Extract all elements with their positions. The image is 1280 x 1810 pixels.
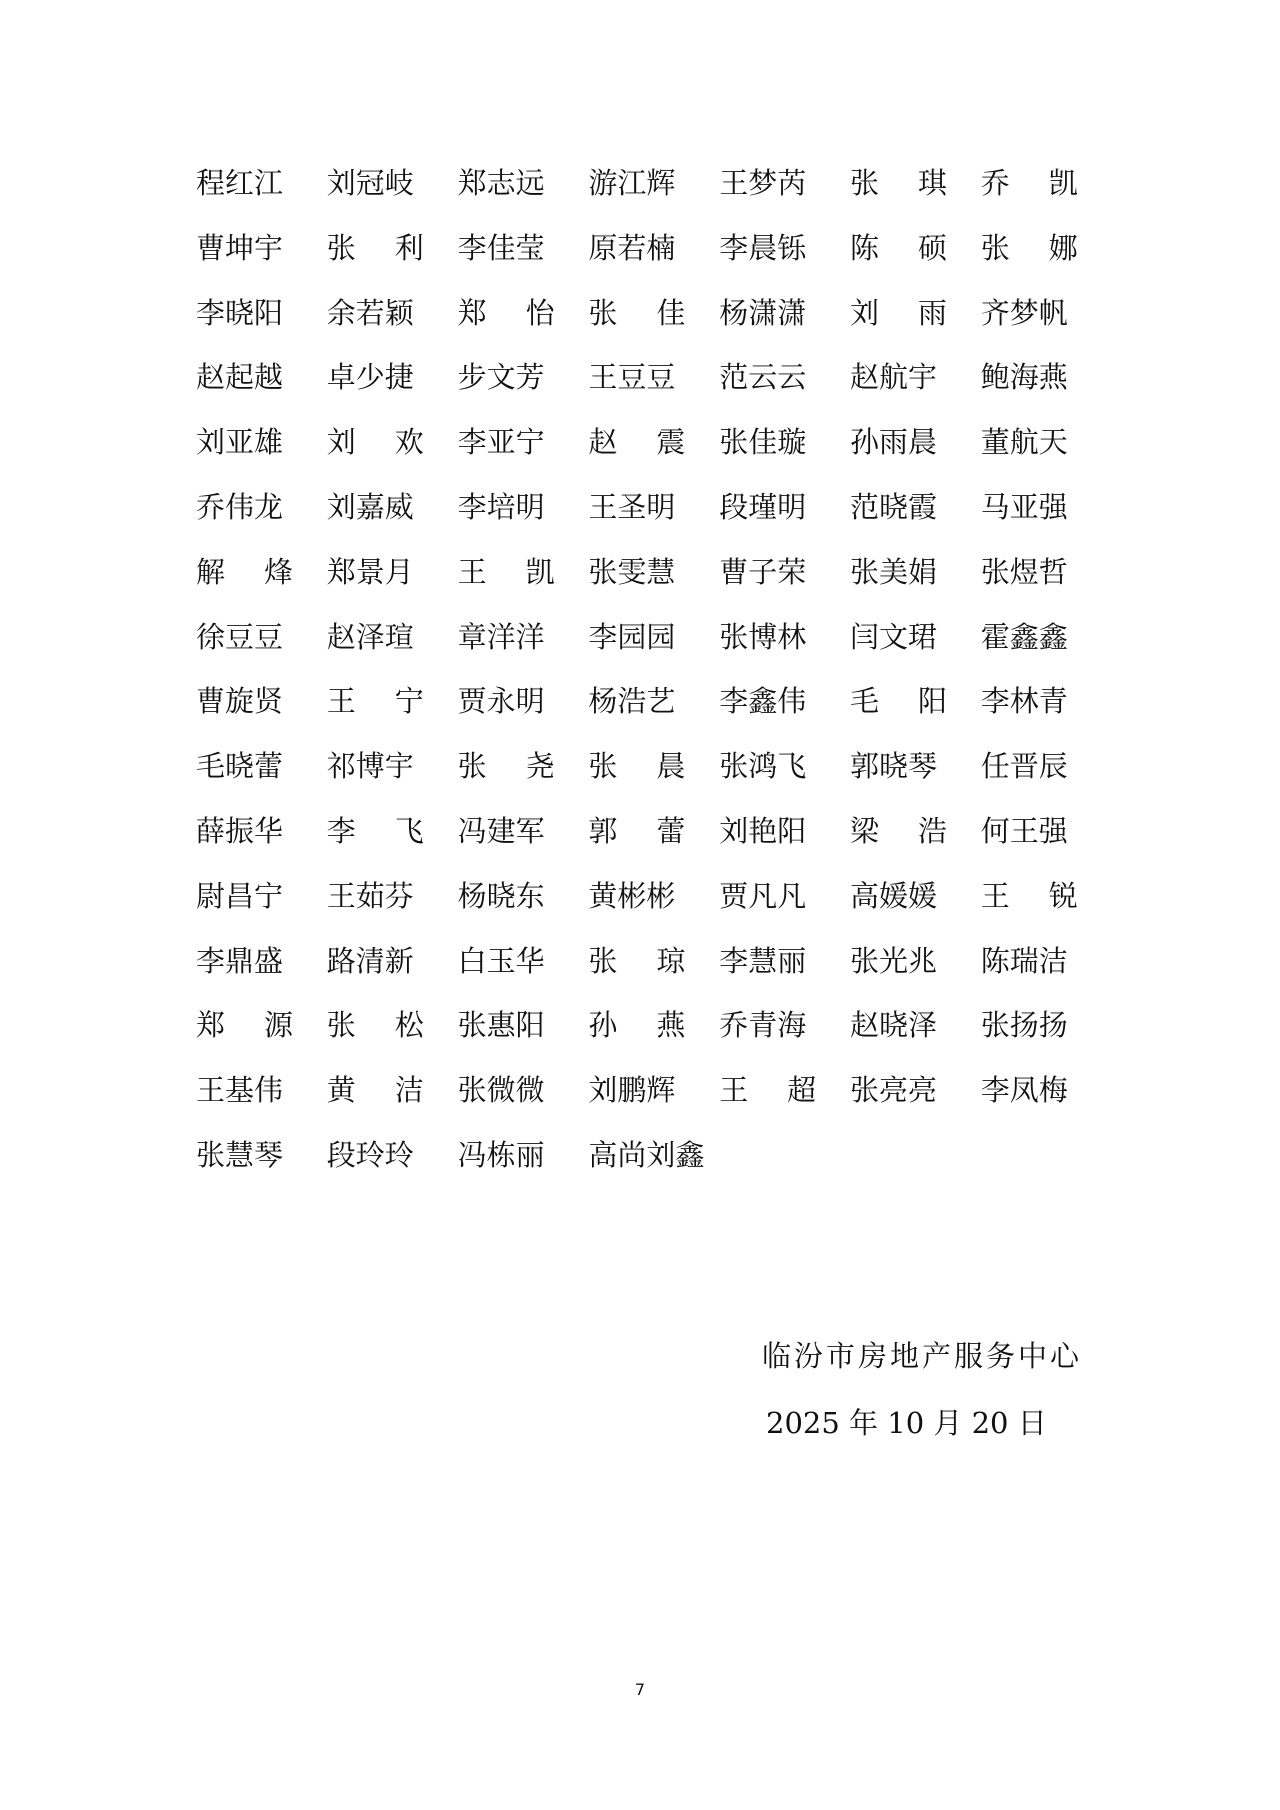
name-text: 刘嘉威	[327, 488, 424, 526]
name-entry: 原若楠	[588, 229, 719, 267]
name-text: 王凯	[458, 553, 555, 591]
name-entry: 李培明	[458, 488, 589, 526]
name-entry: 张雯慧	[588, 553, 719, 591]
name-entry: 孙燕	[588, 1006, 719, 1044]
name-entry: 曹坤宇	[196, 229, 327, 267]
name-text: 步文芳	[458, 358, 555, 396]
name-text: 赵晓泽	[850, 1006, 947, 1044]
name-entry: 王宁	[327, 682, 458, 720]
name-entry: 张煜哲	[981, 553, 1112, 591]
name-entry: 王基伟	[196, 1071, 327, 1109]
name-text: 郑景月	[327, 553, 424, 591]
name-text: 贾凡凡	[719, 877, 816, 915]
name-text: 乔凯	[981, 164, 1078, 202]
name-row: 薛振华李飞冯建军郭蕾刘艳阳梁浩何王强	[196, 812, 1096, 877]
name-row: 曹旋贤王宁贾永明杨浩艺李鑫伟毛阳李林青	[196, 682, 1096, 747]
name-text: 郭蕾	[588, 812, 685, 850]
name-text: 刘雨	[850, 294, 947, 332]
name-text: 王茹芬	[327, 877, 424, 915]
name-entry: 杨浩艺	[588, 682, 719, 720]
name-entry: 黄彬彬	[588, 877, 719, 915]
name-text: 张煜哲	[981, 553, 1078, 591]
name-entry: 张博林	[719, 618, 850, 656]
name-entry: 任晋辰	[981, 747, 1112, 785]
name-entry: 闫文珺	[850, 618, 981, 656]
name-entry: 何王强	[981, 812, 1112, 850]
name-text: 毛阳	[850, 682, 947, 720]
name-entry: 齐梦帆	[981, 294, 1112, 332]
name-text: 杨晓东	[458, 877, 555, 915]
name-entry: 赵起越	[196, 358, 327, 396]
name-entry: 李佳莹	[458, 229, 589, 267]
name-text: 梁浩	[850, 812, 947, 850]
name-entry: 高尚刘鑫	[588, 1136, 719, 1174]
name-text: 马亚强	[981, 488, 1078, 526]
name-entry: 刘艳阳	[719, 812, 850, 850]
name-text: 冯栋丽	[458, 1136, 555, 1174]
name-entry: 徐豆豆	[196, 618, 327, 656]
name-text: 张晨	[588, 747, 685, 785]
name-text: 祁博宇	[327, 747, 424, 785]
name-text: 王宁	[327, 682, 424, 720]
name-text: 鲍海燕	[981, 358, 1078, 396]
name-row: 徐豆豆赵泽瑄章洋洋李园园张博林闫文珺霍鑫鑫	[196, 618, 1096, 683]
name-text: 赵航宇	[850, 358, 947, 396]
name-entry: 毛阳	[850, 682, 981, 720]
name-entry: 赵航宇	[850, 358, 981, 396]
name-entry: 张扬扬	[981, 1006, 1112, 1044]
name-text: 何王强	[981, 812, 1078, 850]
name-text: 解烽	[196, 553, 293, 591]
name-entry: 梁浩	[850, 812, 981, 850]
name-entry: 刘欢	[327, 423, 458, 461]
name-text: 白玉华	[458, 942, 555, 980]
name-text: 刘亚雄	[196, 423, 293, 461]
name-entry: 解烽	[196, 553, 327, 591]
name-entry: 鲍海燕	[981, 358, 1112, 396]
name-entry: 张亮亮	[850, 1071, 981, 1109]
name-entry: 李鑫伟	[719, 682, 850, 720]
name-text: 曹子荣	[719, 553, 816, 591]
name-text: 原若楠	[588, 229, 685, 267]
name-entry: 李鼎盛	[196, 942, 327, 980]
name-entry: 高媛媛	[850, 877, 981, 915]
name-text: 董航天	[981, 423, 1078, 461]
name-text: 闫文珺	[850, 618, 947, 656]
name-entry: 董航天	[981, 423, 1112, 461]
name-text: 高媛媛	[850, 877, 947, 915]
name-entry: 路清新	[327, 942, 458, 980]
name-text: 张美娟	[850, 553, 947, 591]
name-entry: 张鸿飞	[719, 747, 850, 785]
name-text: 王基伟	[196, 1071, 293, 1109]
name-text: 张慧琴	[196, 1136, 293, 1174]
name-row: 乔伟龙刘嘉威李培明王圣明段瑾明范晓霞马亚强	[196, 488, 1096, 553]
name-text: 王锐	[981, 877, 1078, 915]
name-entry: 曹旋贤	[196, 682, 327, 720]
name-entry: 余若颖	[327, 294, 458, 332]
name-entry: 李凤梅	[981, 1071, 1112, 1109]
name-text: 段瑾明	[719, 488, 816, 526]
name-text: 张博林	[719, 618, 816, 656]
name-text: 黄彬彬	[588, 877, 685, 915]
name-row: 李晓阳余若颖郑怡张佳杨潇潇刘雨齐梦帆	[196, 294, 1096, 359]
name-text: 贾永明	[458, 682, 555, 720]
name-text: 乔青海	[719, 1006, 816, 1044]
name-text: 齐梦帆	[981, 294, 1078, 332]
name-entry: 尉昌宁	[196, 877, 327, 915]
name-entry: 范云云	[719, 358, 850, 396]
name-entry: 刘嘉威	[327, 488, 458, 526]
name-list: 程红江刘冠岐郑志远游江辉王梦芮张琪乔凯曹坤宇张利李佳莹原若楠李晨铄陈硕张娜李晓阳…	[196, 164, 1096, 1201]
name-text: 张惠阳	[458, 1006, 555, 1044]
name-row: 毛晓蕾祁博宇张尧张晨张鸿飞郭晓琴任晋辰	[196, 747, 1096, 812]
name-text: 赵起越	[196, 358, 293, 396]
name-entry: 霍鑫鑫	[981, 618, 1112, 656]
name-row: 刘亚雄刘欢李亚宁赵震张佳璇孙雨晨董航天	[196, 423, 1096, 488]
name-text: 王豆豆	[588, 358, 685, 396]
name-text: 王梦芮	[719, 164, 816, 202]
name-entry: 冯栋丽	[458, 1136, 589, 1174]
name-entry: 冯建军	[458, 812, 589, 850]
name-text: 刘艳阳	[719, 812, 816, 850]
name-entry: 张娜	[981, 229, 1112, 267]
name-entry: 李园园	[588, 618, 719, 656]
name-row: 李鼎盛路清新白玉华张琼李慧丽张光兆陈瑞洁	[196, 942, 1096, 1007]
name-text: 段玲玲	[327, 1136, 424, 1174]
name-text: 张松	[327, 1006, 424, 1044]
name-row: 解烽郑景月王凯张雯慧曹子荣张美娟张煜哲	[196, 553, 1096, 618]
name-text: 郑怡	[458, 294, 555, 332]
name-row: 赵起越卓少捷步文芳王豆豆范云云赵航宇鲍海燕	[196, 358, 1096, 423]
name-text: 程红江	[196, 164, 293, 202]
name-entry: 章洋洋	[458, 618, 589, 656]
name-entry: 卓少捷	[327, 358, 458, 396]
name-entry: 段玲玲	[327, 1136, 458, 1174]
name-text: 王圣明	[588, 488, 685, 526]
name-text: 刘鹏辉	[588, 1071, 685, 1109]
name-text: 余若颖	[327, 294, 424, 332]
name-entry: 段瑾明	[719, 488, 850, 526]
name-entry: 郑怡	[458, 294, 589, 332]
name-row: 王基伟黄洁张微微刘鹏辉王超张亮亮李凤梅	[196, 1071, 1096, 1136]
name-text: 冯建军	[458, 812, 555, 850]
name-entry: 范晓霞	[850, 488, 981, 526]
name-entry: 王超	[719, 1071, 850, 1109]
name-text: 张扬扬	[981, 1006, 1078, 1044]
name-text: 赵泽瑄	[327, 618, 424, 656]
name-entry: 陈瑞洁	[981, 942, 1112, 980]
name-text: 李晨铄	[719, 229, 816, 267]
name-entry: 郑景月	[327, 553, 458, 591]
name-text: 张鸿飞	[719, 747, 816, 785]
name-text: 郑志远	[458, 164, 555, 202]
name-text: 张雯慧	[588, 553, 685, 591]
name-entry: 张微微	[458, 1071, 589, 1109]
name-row: 尉昌宁王茹芬杨晓东黄彬彬贾凡凡高媛媛王锐	[196, 877, 1096, 942]
name-entry: 张美娟	[850, 553, 981, 591]
page-number: 7	[0, 1680, 1280, 1699]
name-entry: 李晓阳	[196, 294, 327, 332]
name-text: 霍鑫鑫	[981, 618, 1078, 656]
name-entry: 乔凯	[981, 164, 1112, 202]
name-row: 郑源张松张惠阳孙燕乔青海赵晓泽张扬扬	[196, 1006, 1096, 1071]
name-text: 张亮亮	[850, 1071, 947, 1109]
name-entry: 张佳璇	[719, 423, 850, 461]
name-text: 曹坤宇	[196, 229, 293, 267]
name-text: 刘冠岐	[327, 164, 424, 202]
name-text: 范云云	[719, 358, 816, 396]
name-entry: 张利	[327, 229, 458, 267]
name-entry: 赵震	[588, 423, 719, 461]
name-row: 曹坤宇张利李佳莹原若楠李晨铄陈硕张娜	[196, 229, 1096, 294]
name-entry: 王圣明	[588, 488, 719, 526]
name-text: 张佳璇	[719, 423, 816, 461]
name-text: 张微微	[458, 1071, 555, 1109]
name-entry: 孙雨晨	[850, 423, 981, 461]
name-entry: 张琼	[588, 942, 719, 980]
issue-date: 2025 年 10 月 20 日	[766, 1405, 1047, 1441]
document-page: 程红江刘冠岐郑志远游江辉王梦芮张琪乔凯曹坤宇张利李佳莹原若楠李晨铄陈硕张娜李晓阳…	[0, 0, 1280, 1810]
name-entry: 步文芳	[458, 358, 589, 396]
name-entry: 张松	[327, 1006, 458, 1044]
name-text: 李园园	[588, 618, 685, 656]
name-entry: 李晨铄	[719, 229, 850, 267]
name-entry: 刘雨	[850, 294, 981, 332]
name-text: 张利	[327, 229, 424, 267]
name-entry: 马亚强	[981, 488, 1112, 526]
name-text: 任晋辰	[981, 747, 1078, 785]
name-entry: 刘亚雄	[196, 423, 327, 461]
name-text: 孙燕	[588, 1006, 685, 1044]
name-entry: 张光兆	[850, 942, 981, 980]
name-text: 张佳	[588, 294, 685, 332]
name-row: 张慧琴段玲玲冯栋丽高尚刘鑫	[196, 1136, 1096, 1201]
name-text: 孙雨晨	[850, 423, 947, 461]
name-text: 李鼎盛	[196, 942, 293, 980]
name-entry: 张惠阳	[458, 1006, 589, 1044]
name-entry: 张佳	[588, 294, 719, 332]
name-text: 李凤梅	[981, 1071, 1078, 1109]
name-entry: 王凯	[458, 553, 589, 591]
name-entry: 李亚宁	[458, 423, 589, 461]
name-text: 毛晓蕾	[196, 747, 293, 785]
name-entry: 郭蕾	[588, 812, 719, 850]
name-entry: 薛振华	[196, 812, 327, 850]
name-entry: 张琪	[850, 164, 981, 202]
name-text: 李佳莹	[458, 229, 555, 267]
name-entry: 游江辉	[588, 164, 719, 202]
name-entry: 曹子荣	[719, 553, 850, 591]
name-text: 张娜	[981, 229, 1078, 267]
name-text: 李晓阳	[196, 294, 293, 332]
name-entry: 杨潇潇	[719, 294, 850, 332]
name-entry: 李慧丽	[719, 942, 850, 980]
name-text: 李慧丽	[719, 942, 816, 980]
name-text: 赵震	[588, 423, 685, 461]
name-text: 杨浩艺	[588, 682, 685, 720]
name-entry: 王锐	[981, 877, 1112, 915]
name-entry: 郑源	[196, 1006, 327, 1044]
name-text: 张尧	[458, 747, 555, 785]
name-entry: 赵晓泽	[850, 1006, 981, 1044]
name-entry: 贾永明	[458, 682, 589, 720]
name-entry: 郭晓琴	[850, 747, 981, 785]
name-entry: 王豆豆	[588, 358, 719, 396]
name-entry: 黄洁	[327, 1071, 458, 1109]
name-text: 游江辉	[588, 164, 685, 202]
name-text: 张琪	[850, 164, 947, 202]
name-text: 卓少捷	[327, 358, 424, 396]
name-text: 高尚刘鑫	[588, 1136, 716, 1174]
name-entry: 张晨	[588, 747, 719, 785]
name-text: 李鑫伟	[719, 682, 816, 720]
name-entry: 刘冠岐	[327, 164, 458, 202]
name-text: 李培明	[458, 488, 555, 526]
name-entry: 张慧琴	[196, 1136, 327, 1174]
name-text: 章洋洋	[458, 618, 555, 656]
name-entry: 白玉华	[458, 942, 589, 980]
name-text: 曹旋贤	[196, 682, 293, 720]
name-entry: 郑志远	[458, 164, 589, 202]
name-entry: 李飞	[327, 812, 458, 850]
name-text: 尉昌宁	[196, 877, 293, 915]
name-text: 王超	[719, 1071, 816, 1109]
name-entry: 刘鹏辉	[588, 1071, 719, 1109]
name-entry: 赵泽瑄	[327, 618, 458, 656]
name-text: 郑源	[196, 1006, 293, 1044]
name-entry: 毛晓蕾	[196, 747, 327, 785]
name-entry: 杨晓东	[458, 877, 589, 915]
name-text: 郭晓琴	[850, 747, 947, 785]
name-entry: 李林青	[981, 682, 1112, 720]
name-text: 李林青	[981, 682, 1078, 720]
name-entry: 王梦芮	[719, 164, 850, 202]
name-text: 李亚宁	[458, 423, 555, 461]
name-entry: 贾凡凡	[719, 877, 850, 915]
name-entry: 陈硕	[850, 229, 981, 267]
name-text: 徐豆豆	[196, 618, 293, 656]
name-entry: 乔伟龙	[196, 488, 327, 526]
name-text: 陈瑞洁	[981, 942, 1078, 980]
name-entry: 程红江	[196, 164, 327, 202]
name-text: 乔伟龙	[196, 488, 293, 526]
name-text: 张光兆	[850, 942, 947, 980]
name-row: 程红江刘冠岐郑志远游江辉王梦芮张琪乔凯	[196, 164, 1096, 229]
name-text: 黄洁	[327, 1071, 424, 1109]
name-text: 陈硕	[850, 229, 947, 267]
name-text: 范晓霞	[850, 488, 947, 526]
issuing-organization: 临汾市房地产服务中心	[762, 1338, 1082, 1374]
name-text: 刘欢	[327, 423, 424, 461]
name-entry: 王茹芬	[327, 877, 458, 915]
name-entry: 祁博宇	[327, 747, 458, 785]
name-text: 薛振华	[196, 812, 293, 850]
name-entry: 乔青海	[719, 1006, 850, 1044]
name-text: 李飞	[327, 812, 424, 850]
name-text: 张琼	[588, 942, 685, 980]
name-text: 路清新	[327, 942, 424, 980]
name-entry: 张尧	[458, 747, 589, 785]
name-text: 杨潇潇	[719, 294, 816, 332]
